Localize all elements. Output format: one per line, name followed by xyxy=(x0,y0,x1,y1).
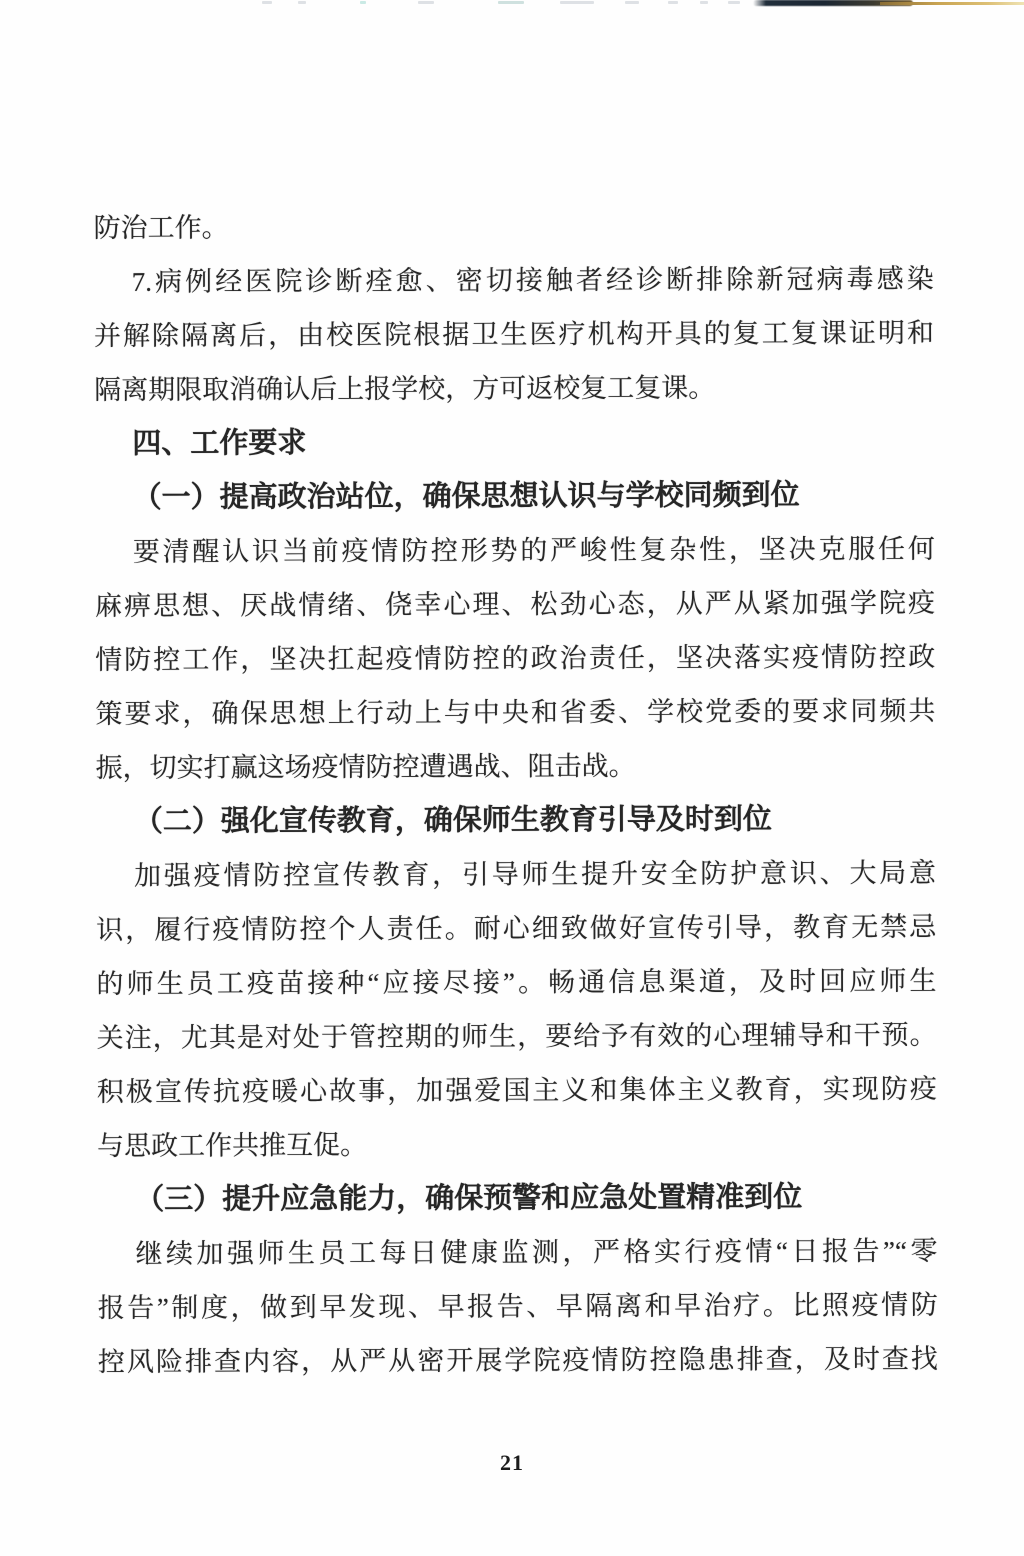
scan-noise-speck xyxy=(700,1,708,4)
text-line: 振，切实打赢这场疫情防控遭遇战、阻击战。 xyxy=(96,738,936,795)
text-line: 积极宣传抗疫暖心故事，加强爱国主义和集体主义教育，实现防疫 xyxy=(97,1062,937,1119)
text-line: 情防控工作，坚决扛起疫情防控的政治责任，坚决落实疫情防控政 xyxy=(95,630,935,687)
text-line: 策要求，确保思想上行动上与中央和省委、学校党委的要求同频共 xyxy=(95,684,935,741)
text-line: 报告”制度，做到早发现、早报告、早隔离和早治疗。比照疫情防 xyxy=(98,1278,938,1335)
scan-noise-speck xyxy=(360,1,366,4)
scan-noise-speck xyxy=(262,1,272,4)
scan-noise-speck xyxy=(625,1,639,4)
scan-noise-speck xyxy=(418,1,434,4)
scan-noise-speck xyxy=(668,1,678,4)
page-number: 21 xyxy=(0,1450,1024,1476)
text-line: 继续加强师生员工每日健康监测，严格实行疫情“日报告”“零 xyxy=(97,1224,937,1281)
scan-noise-speck xyxy=(298,1,306,4)
document-body: 防治工作。7.病例经医院诊断痊愈、密切接触者经诊断排除新冠病毒感染并解除隔离后，… xyxy=(93,198,938,1389)
heading-line: （三）提升应急能力，确保预警和应急处置精准到位 xyxy=(97,1170,937,1227)
text-line: 加强疫情防控宣传教育，引导师生提升安全防护意识、大局意 xyxy=(96,846,936,903)
heading-line: （二）强化宣传教育，确保师生教育引导及时到位 xyxy=(96,792,936,849)
text-line: 并解除隔离后，由校医院根据卫生医疗机构开具的复工复课证明和 xyxy=(94,306,934,363)
text-line: 麻痹思想、厌战情绪、侥幸心理、松劲心态，从严从紧加强学院疫 xyxy=(95,576,935,633)
scan-noise-speck xyxy=(560,1,594,4)
text-line: 与思政工作共推互促。 xyxy=(97,1116,937,1173)
heading-line: 四、工作要求 xyxy=(94,414,934,471)
heading-line: （一）提高政治站位，确保思想认识与学校同频到位 xyxy=(94,468,934,525)
scan-edge-strip-gold xyxy=(880,2,1024,5)
text-line: 识，履行疫情防控个人责任。耐心细致做好宣传引导，教育无禁忌 xyxy=(96,900,936,957)
scan-noise-speck xyxy=(728,1,740,4)
scan-noise-speck xyxy=(498,1,524,4)
text-line: 7.病例经医院诊断痊愈、密切接触者经诊断排除新冠病毒感染 xyxy=(94,252,934,309)
text-line: 控风险排查内容，从严从密开展学院疫情防控隐患排查，及时查找 xyxy=(98,1332,938,1389)
text-line: 隔离期限取消确认后上报学校，方可返校复工复课。 xyxy=(94,360,934,417)
text-line: 关注，尤其是对处于管控期的师生，要给予有效的心理辅导和干预。 xyxy=(97,1008,937,1065)
text-line: 的师生员工疫苗接种“应接尽接”。畅通信息渠道，及时回应师生 xyxy=(96,954,936,1011)
scanned-document-page: 防治工作。7.病例经医院诊断痊愈、密切接触者经诊断排除新冠病毒感染并解除隔离后，… xyxy=(0,0,1024,1556)
text-line: 要清醒认识当前疫情防控形势的严峻性复杂性，坚决克服任何 xyxy=(95,522,935,579)
text-line: 防治工作。 xyxy=(93,198,933,255)
